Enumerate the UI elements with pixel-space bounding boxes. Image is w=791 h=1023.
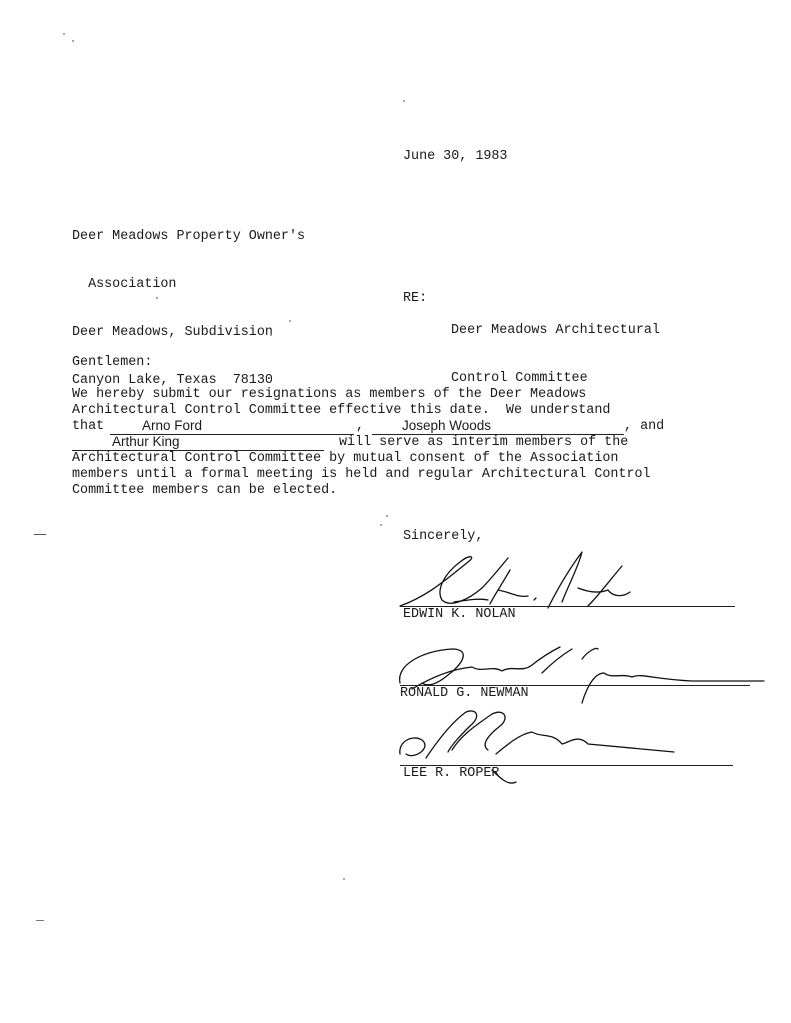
letter-page: June 30, 1983 Deer Meadows Property Owne… <box>0 0 791 1023</box>
scan-speck <box>63 33 65 35</box>
scan-speck <box>380 524 382 526</box>
interim-member-name: Joseph Woods <box>402 418 491 434</box>
body-line: Committee members can be elected. <box>72 483 337 499</box>
re-label: RE: <box>403 291 427 307</box>
scan-mark <box>36 920 44 921</box>
salutation: Gentlemen: <box>72 355 152 371</box>
scan-speck <box>72 40 74 42</box>
signatory-name: EDWIN K. NOLAN <box>403 607 516 623</box>
body-line-that: that <box>72 419 104 435</box>
body-line: Architectural Control Committee effectiv… <box>72 403 610 419</box>
address-line: Association <box>72 277 305 293</box>
body-line: We hereby submit our resignations as mem… <box>72 387 586 403</box>
signature-edwin-nolan <box>398 548 658 610</box>
body-line: members until a formal meeting is held a… <box>72 467 651 483</box>
scan-speck <box>386 515 388 517</box>
signatory-name: RONALD G. NEWMAN <box>400 686 529 702</box>
re-subject-line: Deer Meadows Architectural <box>451 323 660 339</box>
letter-date: June 30, 1983 <box>403 149 507 165</box>
address-line: Deer Meadows, Subdivision <box>72 325 305 341</box>
scan-speck <box>343 878 345 880</box>
interim-member-name: Arthur King <box>112 434 180 450</box>
scan-speck <box>289 320 291 322</box>
scan-speck <box>270 334 272 336</box>
scan-speck <box>403 100 405 102</box>
interim-member-name: Arno Ford <box>142 418 202 434</box>
address-line: Deer Meadows Property Owner's <box>72 229 305 245</box>
body-separator: , <box>356 419 364 435</box>
closing: Sincerely, <box>403 529 483 545</box>
body-line-and: , and <box>624 419 664 435</box>
re-subject-line: Control Committee <box>451 371 660 387</box>
signature-ronald-newman <box>392 643 772 713</box>
body-line: will serve as interim members of the <box>339 435 628 451</box>
scan-mark <box>34 534 46 535</box>
body-line: Architectural Control Committee by mutua… <box>72 451 618 467</box>
signatory-name: LEE R. ROPER <box>403 766 499 782</box>
scan-speck <box>156 297 158 299</box>
